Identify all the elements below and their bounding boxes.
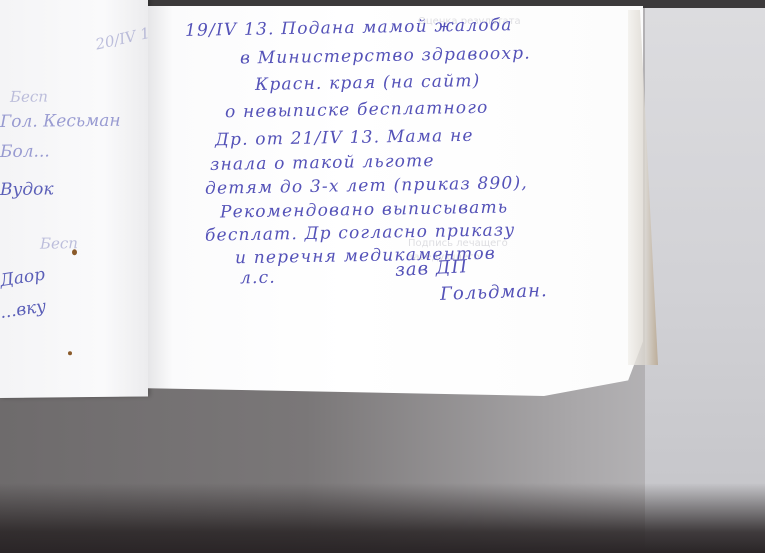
handwritten-line: знала о такой льготе — [210, 151, 435, 175]
ink-stain — [72, 249, 77, 255]
scanner-background — [645, 8, 765, 553]
left-page-line: ...вку — [0, 296, 47, 323]
left-page-line: Даор — [0, 265, 46, 292]
signature-title: зав ДП — [395, 256, 469, 281]
ink-stain — [68, 351, 72, 355]
left-page-line: Гол. Кесьман — [0, 111, 121, 132]
handwritten-line: л.с. — [240, 268, 276, 289]
left-page-line: Бесп — [10, 87, 48, 105]
left-page-line: Бол... — [0, 141, 50, 162]
scanned-document: 20/IV 13 Бесп Гол. Кесьман Бол... Вудок … — [0, 0, 765, 553]
handwritten-line: Красн. края (на сайт) — [255, 71, 481, 95]
left-page-line: Вудок — [0, 179, 54, 200]
left-notebook-page: 20/IV 13 Бесп Гол. Кесьман Бол... Вудок … — [0, 0, 148, 398]
signature-name: Гольдман. — [440, 280, 548, 305]
